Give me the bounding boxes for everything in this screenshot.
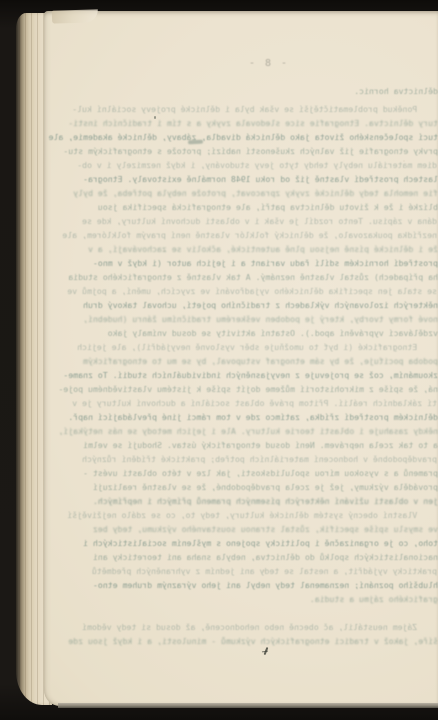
bleed-line: pramenů a s vysokou mírou spolulidskosti…: [55, 466, 438, 480]
bleed-line: tury dělnictva. Etnografie sice sledoval…: [55, 116, 438, 130]
bleed-line: některých izolovaných výkladech z tradič…: [55, 298, 438, 312]
bleed-line: tucí společenského života jako dělnická …: [55, 130, 438, 144]
bleed-line: prostředí hornickém sdílí řadu variant a…: [55, 256, 438, 270]
bleed-line: toho, co je organizačně i politicky spoj…: [55, 536, 438, 550]
bleed-paragraph: Etnografické (i byť to umožňuje sběr vys…: [55, 340, 438, 508]
bleed-paragraph: Poněkud problematičtější se však byla i …: [55, 102, 438, 228]
bleed-paragraph: Vlastní obecný systém dělnické kultury, …: [55, 508, 438, 606]
bleed-paragraph: Zájem neustálil, ač obecně nebo nehodnoc…: [55, 620, 438, 648]
bleed-line: prakticky vyjádřit, a nestal se tedy ani…: [54, 564, 437, 578]
bleed-line: ha případech) zůstal vlastně neznámý. A …: [55, 270, 438, 284]
bleed-line: jen v oblasti užívání některých písemnýc…: [55, 494, 438, 508]
page-number: - 8 -: [248, 58, 290, 69]
bleed-line: někdy zasahuje i oblasti teorie kultury.…: [55, 424, 438, 438]
bleed-heading-line: dělnictva hornic.: [55, 84, 438, 98]
bleed-line: ná, že spíše z mikrohistorií můžeme dojí…: [55, 382, 438, 396]
bleed-line: šíře, jakož v tradici etnografických výz…: [55, 634, 438, 648]
bleed-line: dána v zápisu. Tento rozdíl je však i v …: [54, 214, 437, 228]
bleedthrough-text: dělnictva hornic. Poněkud problematičtěj…: [55, 84, 438, 648]
bleed-line: Etnografické (i byť to umožňuje sběr vys…: [54, 340, 437, 354]
bleed-line: nové formy tvorby, který je podoben vešk…: [55, 312, 438, 326]
bleed-line: že i dělnické písně nejsou plně autentic…: [55, 242, 438, 256]
scanner-background: - 8 - dělnictva hornic. Poněkud problema…: [0, 0, 438, 720]
bleed-line: ve smyslu spíše specifik, zůstal stranou…: [55, 522, 438, 536]
ink-smudge: [188, 140, 203, 145]
bleed-line: Poněkud problematičtější se však byla i …: [54, 102, 437, 116]
bleed-line: vzdělávací vyprávění apod.). Ostatní akt…: [55, 326, 438, 340]
bleed-line: Zájem neustálil, ač obecně nebo nehodnoc…: [54, 620, 437, 634]
bleed-line: podoba pociťuje, že by sám etnograf vstu…: [55, 354, 438, 368]
bleed-line: a to tak zcela neprávem. Není dosud etno…: [55, 438, 438, 452]
bleed-paragraphs: Poněkud problematičtější se však byla i …: [55, 102, 438, 648]
bleed-line: zkoumáním, což se projevuje z nevyjasněn…: [55, 368, 438, 382]
fore-edge-strip: [58, 703, 438, 708]
bleed-line: blízké i že k životu dělnictva patří, al…: [55, 200, 438, 214]
bleed-line: hlubšího poznání; neznamenal tedy nebyl …: [55, 578, 438, 592]
bleed-line: fie nemohla tedy dělnické zvyky zpracova…: [55, 186, 438, 200]
bleed-line: prováděla výzkumy, jež je zcela pravděpo…: [55, 480, 438, 494]
bleed-line: lastech prostředí vlastně již od roku 19…: [55, 172, 438, 186]
bleed-line: pravděpodobně v hodnocení materiálních p…: [54, 452, 437, 466]
bleed-line: diem materiálu nebyly tehdy tyto jevy st…: [54, 158, 437, 172]
bleed-line: tí základních reálií. Přitom právě oblas…: [54, 396, 437, 410]
bleed-paragraph: nezřídka poukazovalo, že dělnický folkló…: [55, 228, 438, 340]
bleed-line: Vlastní obecný systém dělnické kultury, …: [54, 508, 437, 522]
ink-dot: [154, 116, 156, 119]
bleed-line: prvky etnografie již valných zkušeností …: [55, 144, 438, 158]
bleed-line: grafického zájmu a studia.: [55, 592, 438, 606]
bleed-line: nezřídka poukazovalo, že dělnický folkló…: [54, 228, 437, 242]
bleed-line: dělnickém prostředí zřídka, zatímco zde …: [55, 410, 438, 424]
pen-mark: [262, 647, 270, 657]
bleed-line: nacionalistických spolků do dělnictva, n…: [55, 550, 438, 564]
bleed-line: se stala jen specifika dělnického vyjadř…: [54, 284, 437, 298]
